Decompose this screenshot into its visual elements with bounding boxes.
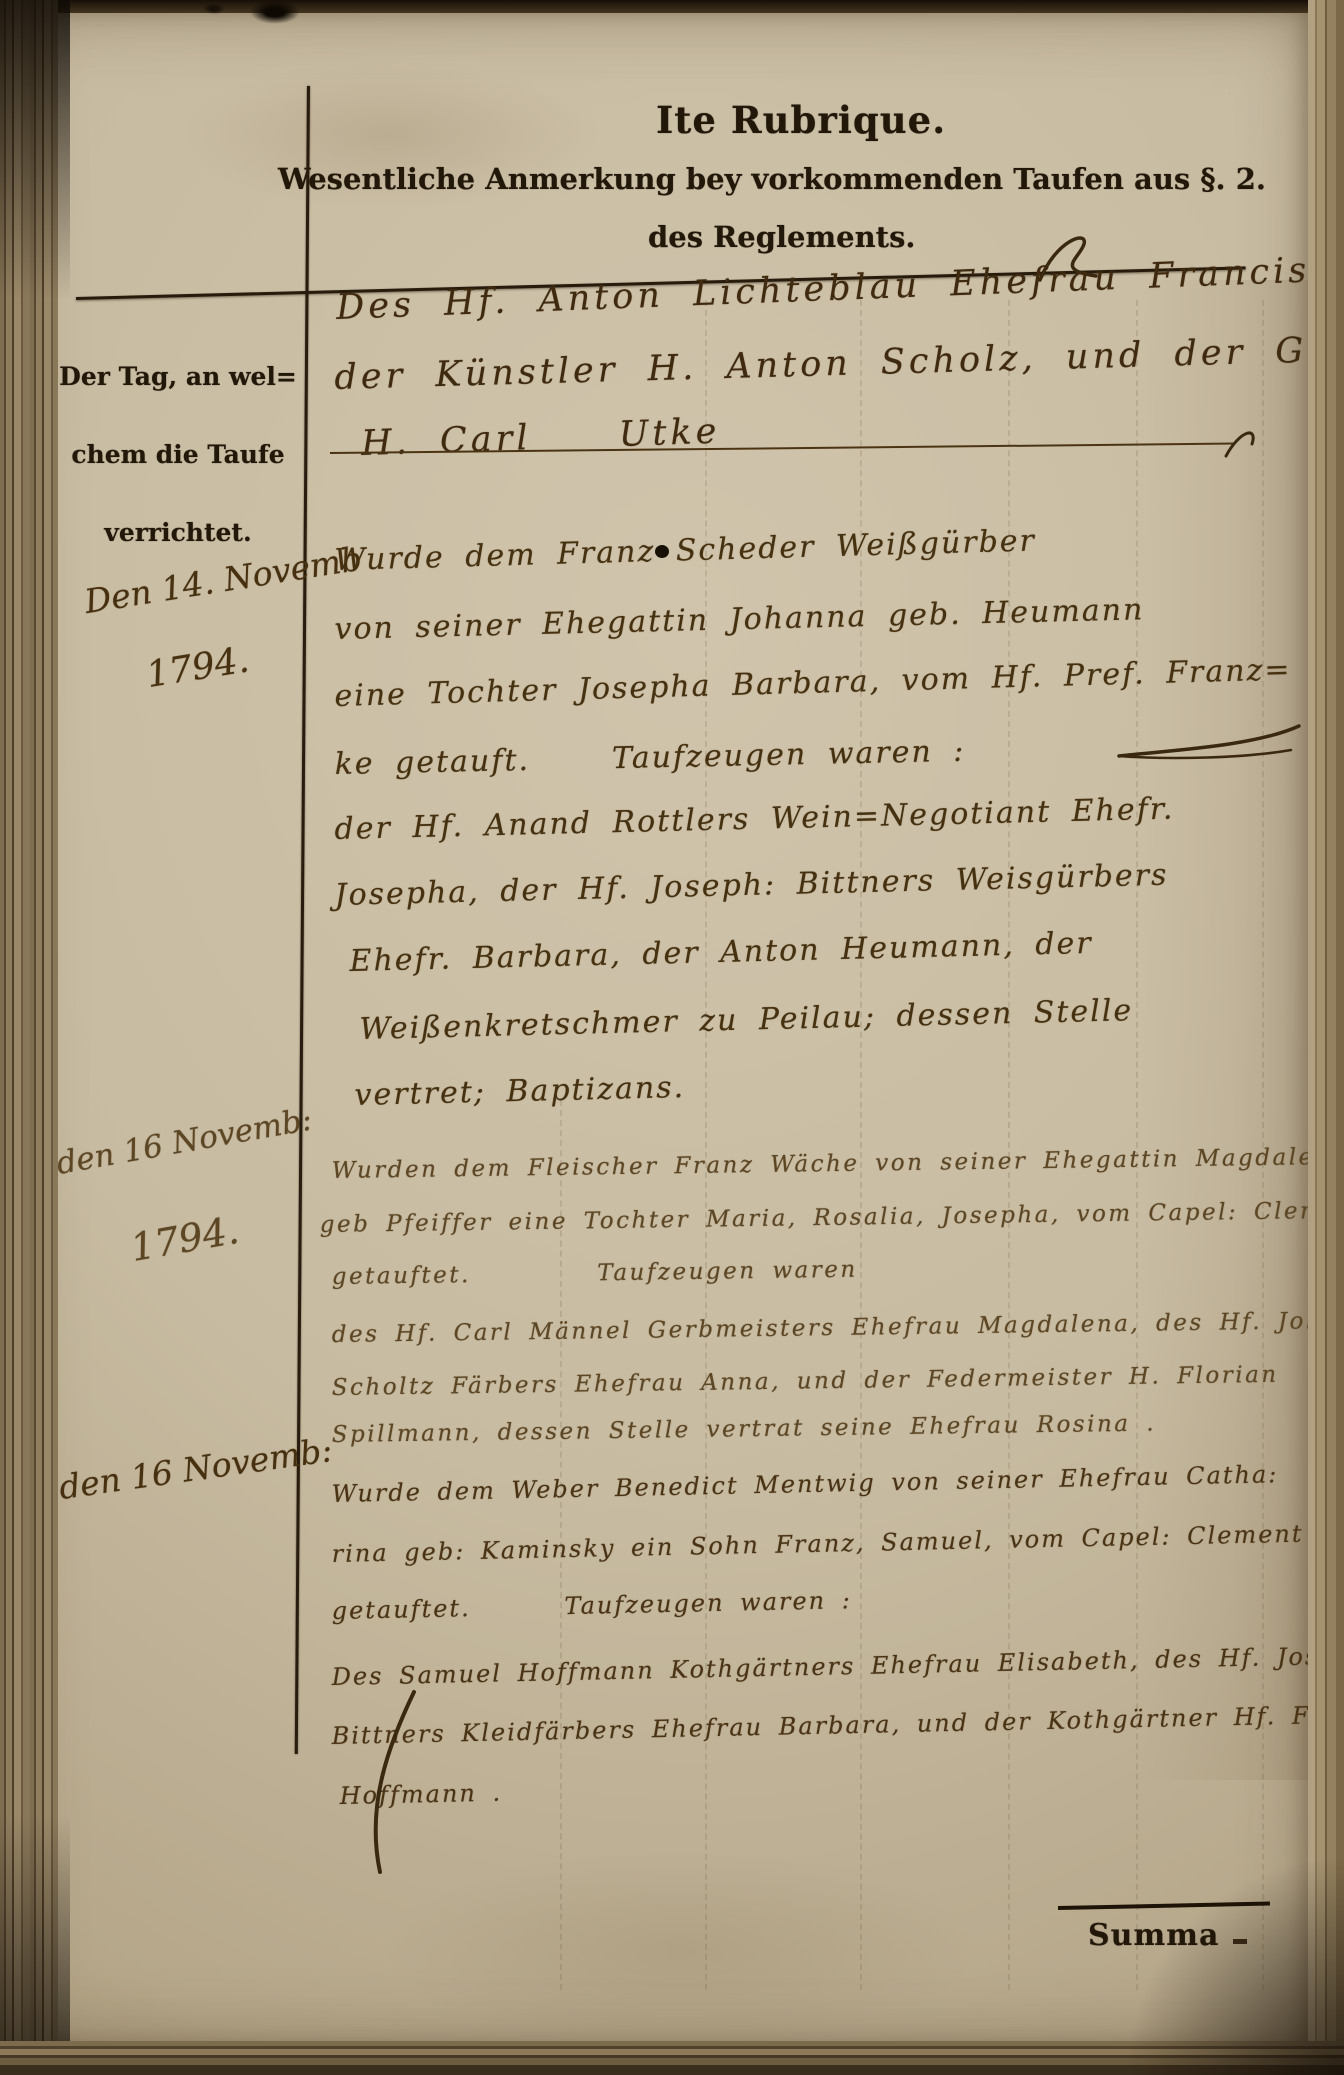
date-column-header-line3: verrichtet.	[52, 520, 304, 546]
page-stack-right-edge	[1308, 0, 1344, 2075]
page-title: Ite Rubrique.	[656, 98, 946, 142]
left-edge-shadow	[0, 0, 70, 300]
page-stack-left-edge	[0, 0, 58, 2075]
pen-dash-flourish-icon	[1115, 718, 1305, 766]
left-edge-shadow-bottom	[0, 1815, 70, 2075]
date-column-header: Der Tag, an wel= chem die Taufe verricht…	[52, 312, 304, 572]
book-scan: { "header": { "title": "Ite Rubrique.", …	[0, 0, 1344, 2075]
date-column-header-line1: Der Tag, an wel=	[52, 364, 304, 390]
date-column-header-line2: chem die Taufe	[52, 442, 304, 468]
binding-mark	[203, 3, 225, 14]
bottom-right-corner-shadow	[1124, 1855, 1344, 2075]
top-edge	[0, 0, 1344, 13]
descender-flourish-icon	[350, 1686, 434, 1882]
binding-mark	[250, 0, 300, 24]
page-subtitle: Wesentliche Anmerkung bey vorkommenden T…	[278, 162, 1266, 196]
guide-line	[1136, 300, 1138, 1990]
page-subtitle-2: des Reglements.	[648, 220, 916, 254]
underline-hook-icon	[1222, 420, 1266, 462]
